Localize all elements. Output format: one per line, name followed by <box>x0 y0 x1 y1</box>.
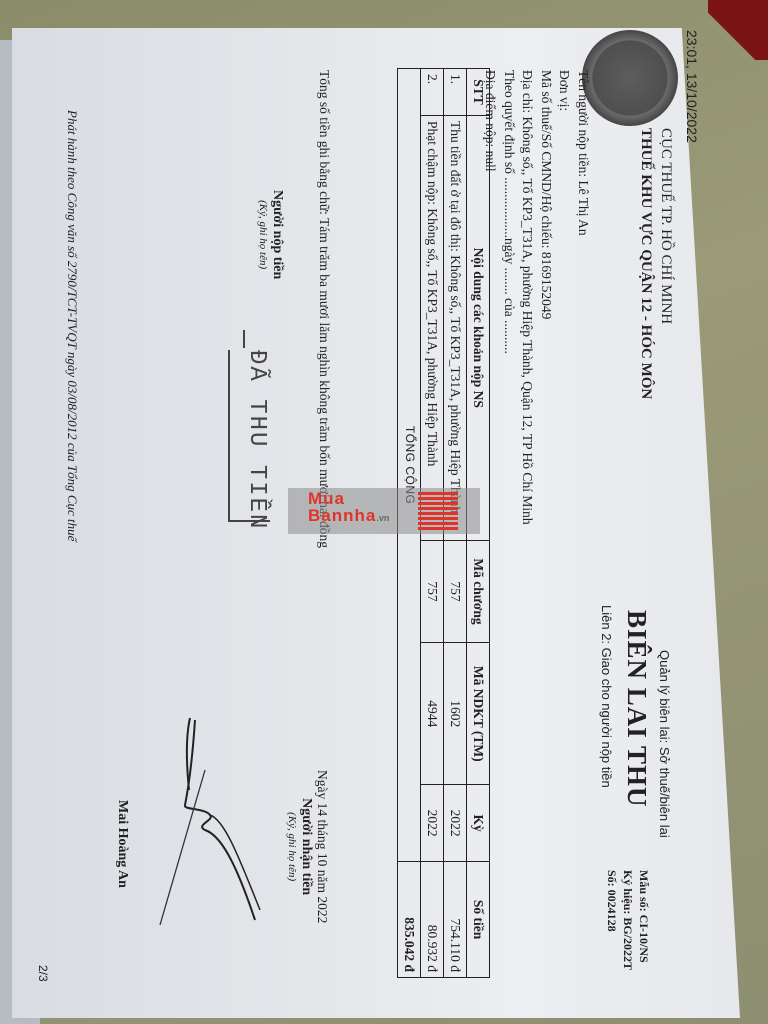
payer-fields: Tên người nộp tiền: Lê Thị An Đơn vị: Mã… <box>481 70 592 525</box>
serial-number: Số: 0024128 <box>604 870 620 970</box>
watermark-suffix: .vn <box>376 513 389 523</box>
org-subunit: THUẾ KHU VỰC QUẬN 12 - HÓC MÔN <box>637 128 654 399</box>
payer-note: (Ký, ghi họ tên) <box>257 190 269 279</box>
page-number: 2/3 <box>36 965 50 982</box>
form-info: Mẫu số: CI-10/NS Ký hiệu: BG/2022T Số: 0… <box>604 870 652 970</box>
background-red-object <box>708 0 768 60</box>
watermark-text: Mua Bannha.vn <box>308 490 389 527</box>
cell-stt: 1. <box>444 69 467 116</box>
issuance-footer: Phát hành theo Công văn số 2790/TCT-TVQT… <box>64 110 80 541</box>
field-decision: Theo quyết định số ..................ngà… <box>500 70 519 525</box>
cell-chapter: 757 <box>444 540 467 643</box>
stamp-corner <box>228 520 270 522</box>
watermark-line2: Bannha <box>308 506 376 525</box>
col-amount: Số tiền <box>467 862 490 978</box>
cell-ndkt: 4944 <box>421 643 444 785</box>
cell-content: Phạt chậm nộp: Không số,, Tổ KP3_T31A, p… <box>421 115 444 540</box>
amount-in-words: Tổng số tiền ghi bằng chữ: Tám trăm ba m… <box>316 70 332 548</box>
watermark-line1: Mua <box>308 490 389 507</box>
cell-period: 2022 <box>421 784 444 861</box>
col-ndkt: Mã NDKT (TM) <box>467 643 490 785</box>
field-address: Địa chỉ: Không số,, Tổ KP3_T31A, phường … <box>518 70 537 525</box>
watermark-logo: Mua Bannha.vn <box>288 488 480 534</box>
cell-ndkt: 1602 <box>444 643 467 785</box>
col-chapter: Mã chương <box>467 540 490 643</box>
handwritten-signature-icon <box>145 710 265 930</box>
field-payer-name: Tên người nộp tiền: Lê Thị An <box>574 70 593 525</box>
cell-stt: 2. <box>421 69 444 116</box>
management-note: Quản lý biên lai: Sở thuế/biên lai <box>657 650 672 838</box>
col-content: Nội dung các khoản nộp NS <box>467 115 490 540</box>
cell-content: Thu tiền đất ở tại đô thị: Không số,, Tổ… <box>444 115 467 540</box>
field-unit: Đơn vị: <box>555 70 574 525</box>
col-period: Kỳ <box>467 784 490 861</box>
print-time: 23:01, 13/10/2022 <box>684 30 700 143</box>
stamp-dash <box>243 330 245 348</box>
total-label: TỔNG CỘNG <box>398 69 421 862</box>
field-tax-id: Mã số thuế/Số CMND/Hộ chiếu: 8169152049 <box>537 70 556 525</box>
col-stt: STT <box>467 69 490 116</box>
stamp-underline <box>228 350 230 520</box>
cell-chapter: 757 <box>421 540 444 643</box>
copy-note: Liên 2: Giao cho người nộp tiền <box>599 605 614 788</box>
receiver-signature-block: Ngày 14 tháng 10 năm 2022 Người nhận tiề… <box>286 770 330 923</box>
form-symbol: Ký hiệu: BG/2022T <box>620 870 636 970</box>
receiver-name: Mai Hoàng An <box>114 800 130 888</box>
payer-title: Người nộp tiền <box>269 190 285 279</box>
building-logo-icon <box>418 492 458 530</box>
receiver-note: (Ký, ghi họ tên) <box>286 770 298 923</box>
document-title: BIÊN LAI THU <box>621 610 652 808</box>
cell-amount: 754.110 đ <box>444 862 467 978</box>
cell-amount: 80.932 đ <box>421 862 444 978</box>
form-number: Mẫu số: CI-10/NS <box>636 870 652 970</box>
receiver-title: Người nhận tiền <box>298 770 314 923</box>
cell-period: 2022 <box>444 784 467 861</box>
emblem-seal-icon <box>582 30 678 126</box>
total-amount: 835.042 đ <box>398 862 421 978</box>
org-name: CỤC THUẾ TP. HỒ CHÍ MINH <box>657 128 674 324</box>
receipt-date: Ngày 14 tháng 10 năm 2022 <box>314 770 330 923</box>
paid-stamp: ĐÃ THU TIỀN <box>243 350 270 530</box>
payer-signature-block: Người nộp tiền (Ký, ghi họ tên) <box>257 190 285 279</box>
